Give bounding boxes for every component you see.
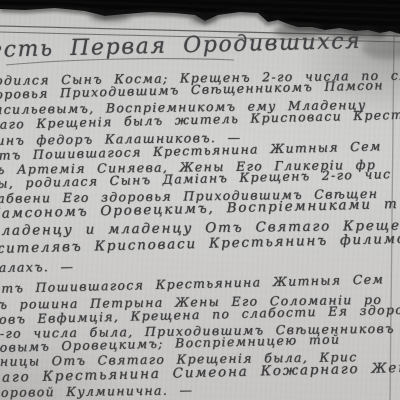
manuscript-photo: есть Первая Ородившихся родился Сынъ Кос…	[0, 0, 400, 400]
page-title: есть Первая Ородившихся	[0, 29, 362, 63]
handwritten-text-layer: есть Первая Ородившихся родился Сынъ Кос…	[0, 0, 400, 400]
manuscript-line: налахъ. —	[0, 259, 74, 275]
manuscript-line: доровой Кулминична. —	[0, 382, 193, 400]
